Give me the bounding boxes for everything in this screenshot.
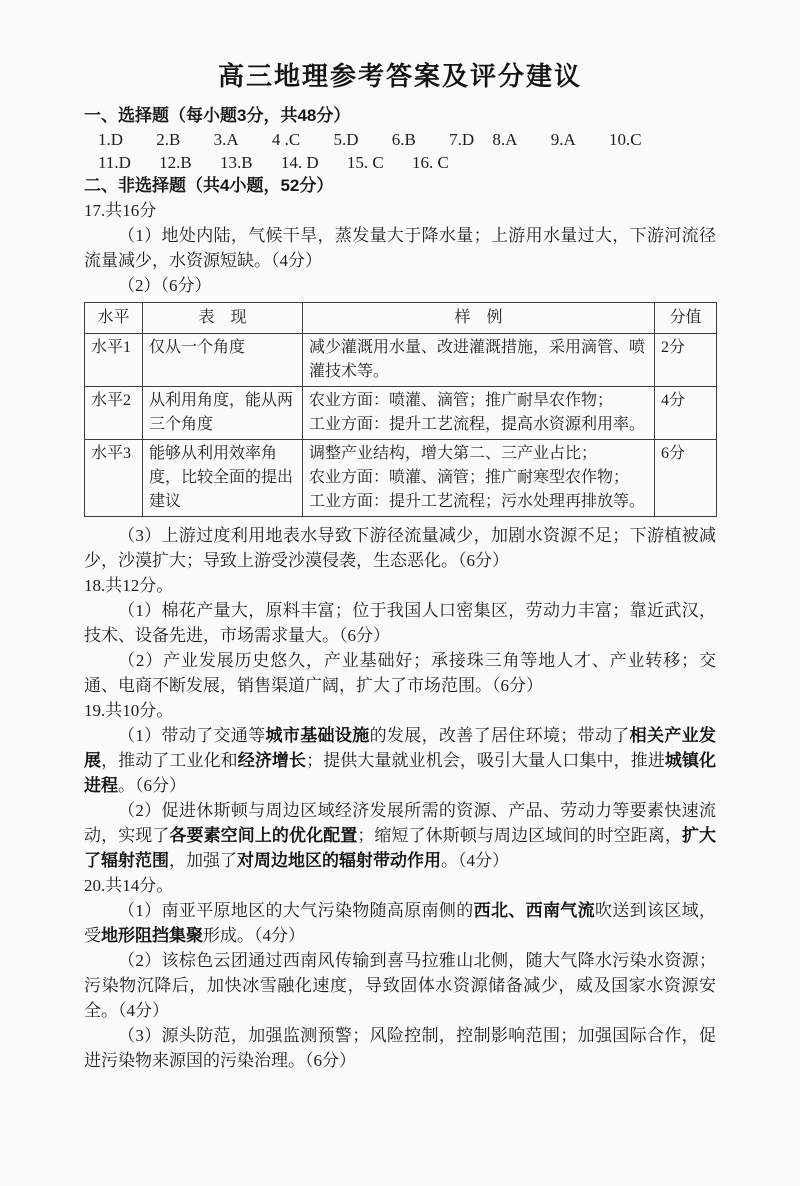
rubric-row-level3: 水平3 能够从利用效率角度，比较全面的提出建议 调整产业结构，增大第二、三产业占… xyxy=(85,440,717,517)
col-header-example: 样 例 xyxy=(303,303,655,334)
choice-answers-row-1: 1.D 2.B 3.A 4 .C 5.D 6.B 7.D 8.A 9.A 10.… xyxy=(84,128,716,151)
choice-section-heading: 一、选择题（每小题3分，共48分） xyxy=(84,104,716,128)
text-run: （1）带动了交通等 xyxy=(118,726,266,745)
text-run: ，推动了工业化和 xyxy=(101,751,238,770)
answer-item: 13.B xyxy=(220,151,253,174)
text-run: 。（6分） xyxy=(118,776,186,795)
rubric-performance: 能够从利用效率角度，比较全面的提出建议 xyxy=(143,440,303,517)
q18-heading: 18.共12分。 xyxy=(84,573,716,598)
answer-item: 11.D xyxy=(98,151,131,174)
emphasized-text: 对周边地区的辐射带动作用 xyxy=(237,851,441,870)
text-run: ，加强了 xyxy=(169,851,237,870)
answer-item: 9.A xyxy=(551,128,576,151)
q20-answer-1: （1）南亚平原地区的大气污染物随高原南侧的西北、西南气流吹送到该区域，受地形阻挡… xyxy=(84,898,716,948)
page-title: 高三地理参考答案及评分建议 xyxy=(84,60,716,92)
col-header-score: 分值 xyxy=(655,303,717,334)
q17-answer-2: （2）（6分） xyxy=(84,273,716,298)
rubric-example: 减少灌溉用水量、改进灌溉措施，采用滴管、喷灌技术等。 xyxy=(303,334,655,387)
text-run: 形成。（4分） xyxy=(203,926,305,945)
answer-item: 12.B xyxy=(159,151,192,174)
rubric-example: 调整产业结构，增大第二、三产业占比； 农业方面：喷灌、滴管；推广耐寒型农作物； … xyxy=(303,440,655,517)
emphasized-text: 城市基础设施 xyxy=(266,726,370,745)
col-header-performance: 表 现 xyxy=(143,303,303,334)
emphasized-text: 地形阻挡集聚 xyxy=(101,926,203,945)
q17-answer-1: （1）地处内陆，气候干旱，蒸发量大于降水量；上游用水量过大，下游河流径流量减少，… xyxy=(84,223,716,273)
text-run: ；提供大量就业机会，吸引大量人口集中，推进 xyxy=(306,751,665,770)
rubric-level: 水平1 xyxy=(85,334,143,387)
q20-heading: 20.共14分。 xyxy=(84,873,716,898)
text-run: 的发展，改善了居住环境；带动了 xyxy=(370,726,630,745)
answer-item: 4 .C xyxy=(272,128,300,151)
rubric-score: 4分 xyxy=(655,387,717,440)
text-run: 。（4分） xyxy=(441,851,509,870)
answer-item: 15. C xyxy=(347,151,384,174)
answer-item: 14. D xyxy=(281,151,319,174)
col-header-level: 水平 xyxy=(85,303,143,334)
rubric-level: 水平2 xyxy=(85,387,143,440)
rubric-example: 农业方面：喷灌、滴管；推广耐旱农作物； 工业方面：提升工艺流程，提高水资源利用率… xyxy=(303,387,655,440)
rubric-row-level2: 水平2 从利用角度，能从两三个角度 农业方面：喷灌、滴管；推广耐旱农作物； 工业… xyxy=(85,387,717,440)
text-run: ；缩短了休斯顿与周边区域间的时空距离， xyxy=(357,826,682,845)
answer-item: 8.A xyxy=(492,128,517,151)
rubric-header-row: 水平 表 现 样 例 分值 xyxy=(85,303,717,334)
answer-item: 6.B xyxy=(392,128,416,151)
answer-item: 2.B xyxy=(156,128,180,151)
answer-item: 5.D xyxy=(334,128,359,151)
emphasized-text: 各要素空间上的优化配置 xyxy=(169,826,357,845)
emphasized-text: 经济增长 xyxy=(238,751,306,770)
q19-heading: 19.共10分。 xyxy=(84,698,716,723)
rubric-score: 6分 xyxy=(655,440,717,517)
q17-heading: 17.共16分 xyxy=(84,198,716,223)
answer-sheet-page: 高三地理参考答案及评分建议 一、选择题（每小题3分，共48分） 1.D 2.B … xyxy=(0,0,800,1073)
answer-item: 10.C xyxy=(609,128,642,151)
answer-item: 7.D xyxy=(449,128,474,151)
q19-answer-2: （2）促进休斯顿与周边区域经济发展所需的资源、产品、劳动力等要素快速流动，实现了… xyxy=(84,798,716,873)
rubric-performance: 从利用角度，能从两三个角度 xyxy=(143,387,303,440)
answer-item: 3.A xyxy=(214,128,239,151)
scoring-rubric-table: 水平 表 现 样 例 分值 水平1 仅从一个角度 减少灌溉用水量、改进灌溉措施，… xyxy=(84,302,717,517)
text-run: （1）南亚平原地区的大气污染物随高原南侧的 xyxy=(118,901,474,920)
emphasized-text: 西北、西南气流 xyxy=(474,901,595,920)
q18-answer-2: （2）产业发展历史悠久，产业基础好；承接珠三角等地人才、产业转移；交通、电商不断… xyxy=(84,648,716,698)
q20-answer-2: （2）该棕色云团通过西南风传输到喜马拉雅山北侧，随大气降水污染水资源；污染物沉降… xyxy=(84,948,716,1023)
rubric-level: 水平3 xyxy=(85,440,143,517)
answer-item: 16. C xyxy=(412,151,449,174)
q17-answer-3: （3）上游过度利用地表水导致下游径流量减少，加剧水资源不足；下游植被减少，沙漠扩… xyxy=(84,523,716,573)
rubric-row-level1: 水平1 仅从一个角度 减少灌溉用水量、改进灌溉措施，采用滴管、喷灌技术等。 2分 xyxy=(85,334,717,387)
q19-answer-1: （1）带动了交通等城市基础设施的发展，改善了居住环境；带动了相关产业发展，推动了… xyxy=(84,723,716,798)
q18-answer-1: （1）棉花产量大，原料丰富；位于我国人口密集区，劳动力丰富；靠近武汉，技术、设备… xyxy=(84,598,716,648)
rubric-score: 2分 xyxy=(655,334,717,387)
answer-item: 1.D xyxy=(98,128,123,151)
nonchoice-section-heading: 二、非选择题（共4小题，52分） xyxy=(84,174,716,198)
rubric-performance: 仅从一个角度 xyxy=(143,334,303,387)
choice-answers-row-2: 11.D 12.B 13.B 14. D 15. C 16. C xyxy=(84,151,716,174)
q20-answer-3: （3）源头防范，加强监测预警；风险控制，控制影响范围；加强国际合作，促进污染物来… xyxy=(84,1023,716,1073)
